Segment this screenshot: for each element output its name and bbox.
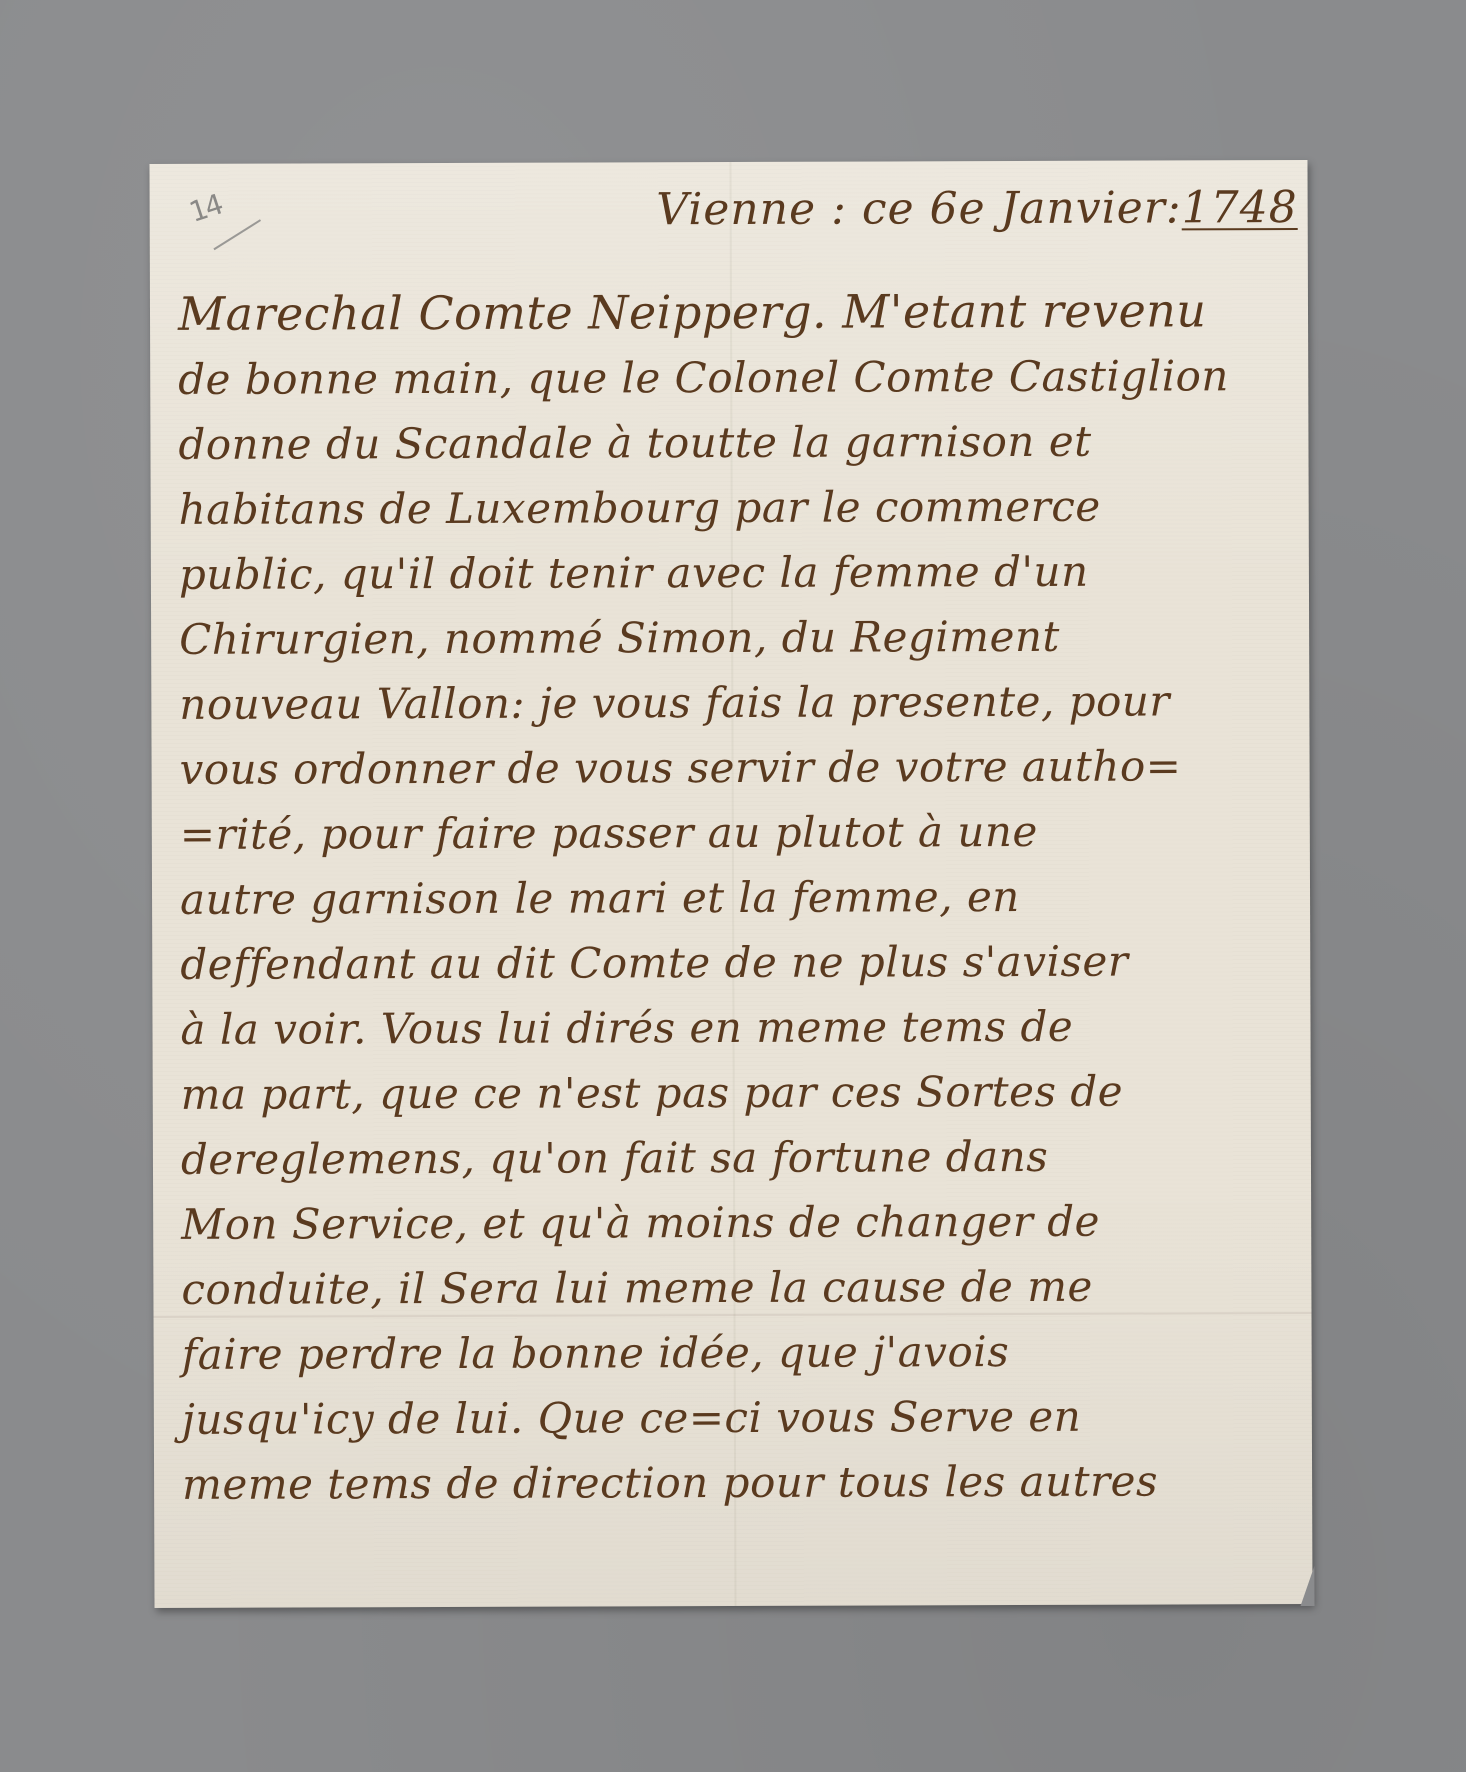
letter-line: de bonne main, que le Colonel Comte Cast… xyxy=(178,343,1298,412)
letter-line: nouveau Vallon: je vous fais la presente… xyxy=(179,668,1299,737)
dateline-year: 1748 xyxy=(1182,182,1298,233)
letter-body: Marechal Comte Neipperg. M'etant revenu … xyxy=(178,278,1302,1517)
letter-line: dereglemens, qu'on fait sa fortune dans xyxy=(181,1123,1301,1192)
letter-line: faire perdre la bonne idée, que j'avois xyxy=(182,1318,1302,1387)
letter-line: Marechal Comte Neipperg. M'etant revenu xyxy=(178,278,1298,347)
letter-line: Chirurgien, nommé Simon, du Regiment xyxy=(179,603,1299,672)
letter-line: à la voir. Vous lui dirés en meme tems d… xyxy=(180,993,1300,1062)
folio-number: 14 xyxy=(185,188,225,229)
dateline-separator: : xyxy=(831,184,847,235)
dateline-place: Vienne xyxy=(656,184,816,236)
letter-line: Mon Service, et qu'à moins de changer de xyxy=(181,1188,1301,1257)
letter-line: meme tems de direction pour tous les aut… xyxy=(182,1448,1302,1517)
folded-corner xyxy=(1300,1566,1314,1606)
letter-line: deffendant au dit Comte de ne plus s'avi… xyxy=(180,928,1300,997)
letter-line: jusqu'icy de lui. Que ce=ci vous Serve e… xyxy=(182,1383,1302,1452)
letter-line: conduite, il Sera lui meme la cause de m… xyxy=(181,1253,1301,1322)
letter-line: autre garnison le mari et la femme, en xyxy=(180,863,1300,932)
letter-line: public, qu'il doit tenir avec la femme d… xyxy=(179,538,1299,607)
folio-pencil-stroke xyxy=(213,219,261,250)
dateline-date: ce 6e Janvier xyxy=(862,182,1166,234)
letter-line: donne du Scandale à toutte la garnison e… xyxy=(178,408,1298,477)
manuscript-page: 14 Vienne : ce 6e Janvier:1748 Marechal … xyxy=(149,160,1312,1608)
letter-line: ma part, que ce n'est pas par ces Sortes… xyxy=(181,1058,1301,1127)
letter-line: vous ordonner de vous servir de votre au… xyxy=(179,733,1299,802)
letter-line: =rité, pour faire passer au plutot à une xyxy=(180,798,1300,867)
letter-line: habitans de Luxembourg par le commerce xyxy=(179,473,1299,542)
dateline: Vienne : ce 6e Janvier:1748 xyxy=(656,182,1298,235)
dateline-year-separator: : xyxy=(1166,182,1182,233)
